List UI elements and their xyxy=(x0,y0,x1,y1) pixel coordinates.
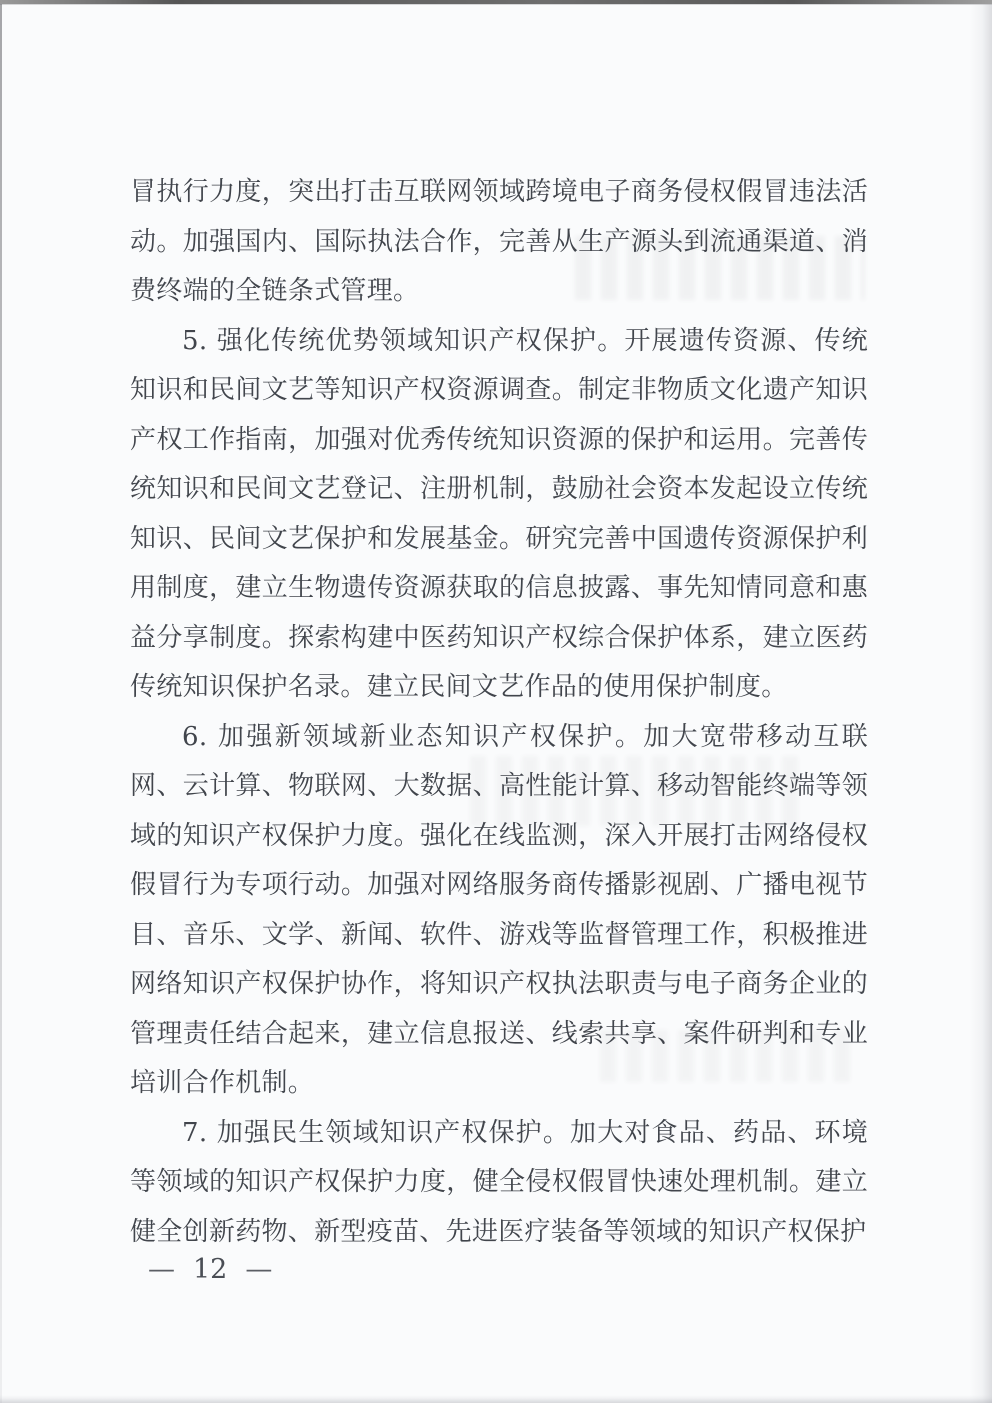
footer-dash-left: — xyxy=(148,1254,175,1285)
footer-page-number: 12 xyxy=(193,1254,227,1285)
paragraph-continuation: 冒执行力度，突出打击互联网领域跨境电子商务侵权假冒违法活动。加强国内、国际执法合… xyxy=(130,168,868,317)
scan-edge-bottom xyxy=(0,1395,992,1403)
paragraph-item-5: 5. 强化传统优势领域知识产权保护。开展遗传资源、传统知识和民间文艺等知识产权资… xyxy=(130,317,868,713)
footer-dash-right: — xyxy=(245,1254,272,1285)
scanned-page: 冒执行力度，突出打击互联网领域跨境电子商务侵权假冒违法活动。加强国内、国际执法合… xyxy=(0,0,992,1403)
document-body: 冒执行力度，突出打击互联网领域跨境电子商务侵权假冒违法活动。加强国内、国际执法合… xyxy=(130,168,868,1257)
scan-edge-top xyxy=(0,0,992,5)
paragraph-item-6: 6. 加强新领域新业态知识产权保护。加大宽带移动互联网、云计算、物联网、大数据、… xyxy=(130,713,868,1109)
page-number-footer: — 12 — xyxy=(148,1254,272,1285)
scan-edge-right xyxy=(970,4,992,1403)
scan-edge-left xyxy=(0,4,2,1403)
paragraph-item-7: 7. 加强民生领域知识产权保护。加大对食品、药品、环境等领域的知识产权保护力度，… xyxy=(130,1109,868,1258)
